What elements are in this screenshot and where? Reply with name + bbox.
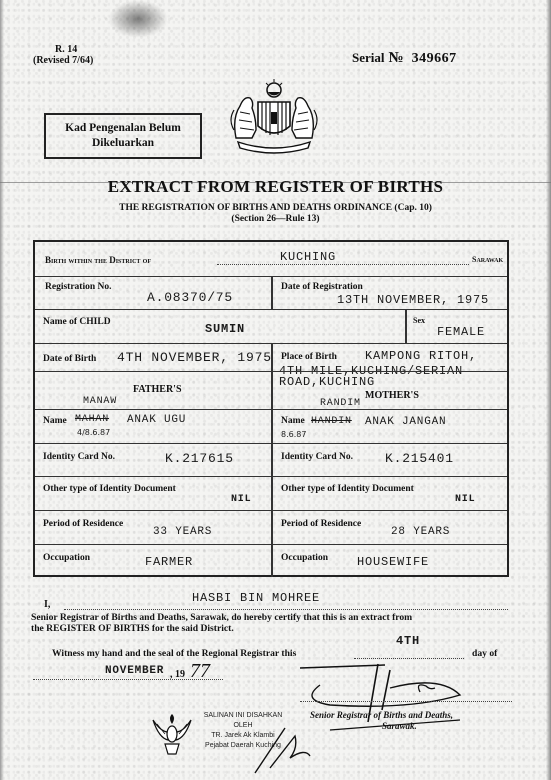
- mother-name-struck: HANDIN: [311, 416, 352, 427]
- parents-name-row: RANDIM Name MAHAN ANAK UGU 4/8.6.87 Name…: [35, 410, 507, 444]
- district-label: Birth within the District of: [45, 255, 151, 265]
- registration-no-label: Registration No.: [45, 282, 112, 292]
- stamp-line-2: Dikeluarkan: [46, 136, 200, 151]
- mother-ic-label: Identity Card No.: [281, 452, 353, 462]
- coat-of-arms-icon: [222, 78, 326, 158]
- father-other-id-value: NIL: [231, 494, 251, 505]
- month-value: NOVEMBER: [105, 665, 164, 677]
- section-reference: (Section 26—Rule 13): [0, 214, 551, 224]
- mother-other-id-value: NIL: [455, 494, 475, 505]
- child-row: Name of CHILD SUMIN Sex FEMALE: [35, 310, 507, 344]
- sex-value: FEMALE: [437, 325, 485, 339]
- other-id-row: Other type of Identity Document NIL Othe…: [35, 477, 507, 511]
- dob-value: 4TH NOVEMBER, 1975: [117, 350, 272, 365]
- child-name-value: SUMIN: [205, 322, 245, 336]
- father-occupation-value: FARMER: [145, 555, 193, 569]
- ordinance-subtitle: THE REGISTRATION OF BIRTHS AND DEATHS OR…: [0, 203, 551, 213]
- registration-row: Registration No. A.08370/75 Date of Regi…: [35, 277, 507, 310]
- year-value: 77: [190, 660, 210, 683]
- father-name-correction: MANAW: [83, 396, 117, 407]
- day-value: 4TH: [396, 634, 420, 648]
- id-card-not-issued-stamp: Kad Pengenalan Belum Dikeluarkan: [44, 113, 202, 159]
- place-of-birth-line3: ROAD,KUCHING: [279, 375, 375, 389]
- father-other-id-label: Other type of Identity Document: [43, 484, 176, 494]
- serial-number: 349667: [412, 51, 457, 66]
- form-code-number: R. 14: [33, 44, 93, 55]
- parents-heading-row: ROAD,KUCHING FATHER'S MANAW MOTHER'S: [35, 372, 507, 410]
- mother-name-annotation: 8.6.87: [281, 430, 306, 439]
- cert-i-label: I,: [44, 599, 50, 611]
- father-name-annotation: 4/8.6.87: [77, 428, 110, 437]
- father-residence-label: Period of Residence: [43, 519, 123, 529]
- copy-stamp-signature-icon: [250, 718, 320, 778]
- child-name-label: Name of CHILD: [43, 317, 111, 327]
- mother-residence-value: 28 YEARS: [391, 526, 450, 538]
- district-row: Birth within the District of KUCHING Sar…: [35, 242, 507, 277]
- stamp-line-1: Kad Pengenalan Belum: [46, 121, 200, 136]
- form-revision: (Revised 7/64): [33, 55, 93, 66]
- dob-label: Date of Birth: [43, 354, 96, 364]
- place-of-birth-label: Place of Birth: [281, 352, 337, 362]
- witness-text: Witness my hand and the seal of the Regi…: [52, 648, 296, 660]
- scan-edge-right: [546, 0, 551, 780]
- year-prefix: , 19: [170, 669, 185, 681]
- birth-certificate-page: R. 14 (Revised 7/64) Serial№349667 Kad P…: [0, 0, 551, 780]
- column-divider: [271, 444, 273, 476]
- father-ic-value: K.217615: [165, 451, 234, 466]
- mother-ic-value: K.215401: [385, 451, 454, 466]
- registrar-name: HASBI BIN MOHREE: [192, 591, 320, 605]
- document-title: EXTRACT FROM REGISTER OF BIRTHS: [0, 177, 551, 197]
- column-divider: [271, 410, 273, 443]
- mother-name-value: ANAK JANGAN: [365, 416, 446, 428]
- day-of-label: day of: [472, 648, 497, 660]
- column-divider: [271, 511, 273, 544]
- mother-residence-label: Period of Residence: [281, 519, 361, 529]
- serial-number-block: Serial№349667: [352, 50, 457, 67]
- father-name-struck: MAHAN: [75, 414, 109, 425]
- signatory-title-line2: Sarawak.: [382, 720, 417, 732]
- place-of-birth-line1: KAMPONG RITOH,: [365, 349, 477, 363]
- state-label: Sarawak: [472, 255, 503, 264]
- serial-no-symbol: №: [389, 50, 404, 66]
- scan-smudge: [108, 0, 168, 38]
- residence-row: Period of Residence 33 YEARS Period of R…: [35, 511, 507, 545]
- hornbill-emblem-icon: [151, 710, 193, 756]
- father-name-label: Name: [43, 416, 67, 426]
- mother-occupation-label: Occupation: [281, 553, 328, 563]
- scan-edge-left: [0, 0, 4, 780]
- column-divider: [271, 372, 273, 409]
- mother-occupation-value: HOUSEWIFE: [357, 555, 429, 569]
- mother-name-label: Name: [281, 416, 305, 426]
- column-divider: [271, 477, 273, 510]
- date-of-registration-value: 13TH NOVEMBER, 1975: [337, 293, 489, 307]
- sex-divider: [405, 310, 407, 343]
- column-divider: [271, 277, 273, 309]
- form-code: R. 14 (Revised 7/64): [33, 44, 93, 66]
- father-ic-label: Identity Card No.: [43, 452, 115, 462]
- column-divider: [271, 545, 273, 577]
- date-of-registration-label: Date of Registration: [281, 282, 363, 292]
- cert-line-2: the REGISTER OF BIRTHS for the said Dist…: [31, 623, 234, 635]
- signature-line: [300, 700, 512, 702]
- identity-card-row: Identity Card No. K.217615 Identity Card…: [35, 444, 507, 477]
- occupation-row: Occupation FARMER Occupation HOUSEWIFE: [35, 545, 507, 577]
- father-heading: FATHER'S: [133, 384, 182, 395]
- father-name-value: ANAK UGU: [127, 414, 186, 426]
- father-occupation-label: Occupation: [43, 553, 90, 563]
- mother-name-correction: RANDIM: [320, 398, 361, 409]
- serial-label: Serial: [352, 50, 385, 65]
- district-dotted-line: [217, 250, 469, 265]
- mother-heading: MOTHER'S: [365, 390, 419, 401]
- sex-label: Sex: [413, 316, 425, 325]
- father-residence-value: 33 YEARS: [153, 526, 212, 538]
- district-value: KUCHING: [280, 250, 336, 264]
- register-table: Birth within the District of KUCHING Sar…: [33, 240, 509, 577]
- registration-no-value: A.08370/75: [147, 290, 233, 305]
- mother-other-id-label: Other type of Identity Document: [281, 484, 414, 494]
